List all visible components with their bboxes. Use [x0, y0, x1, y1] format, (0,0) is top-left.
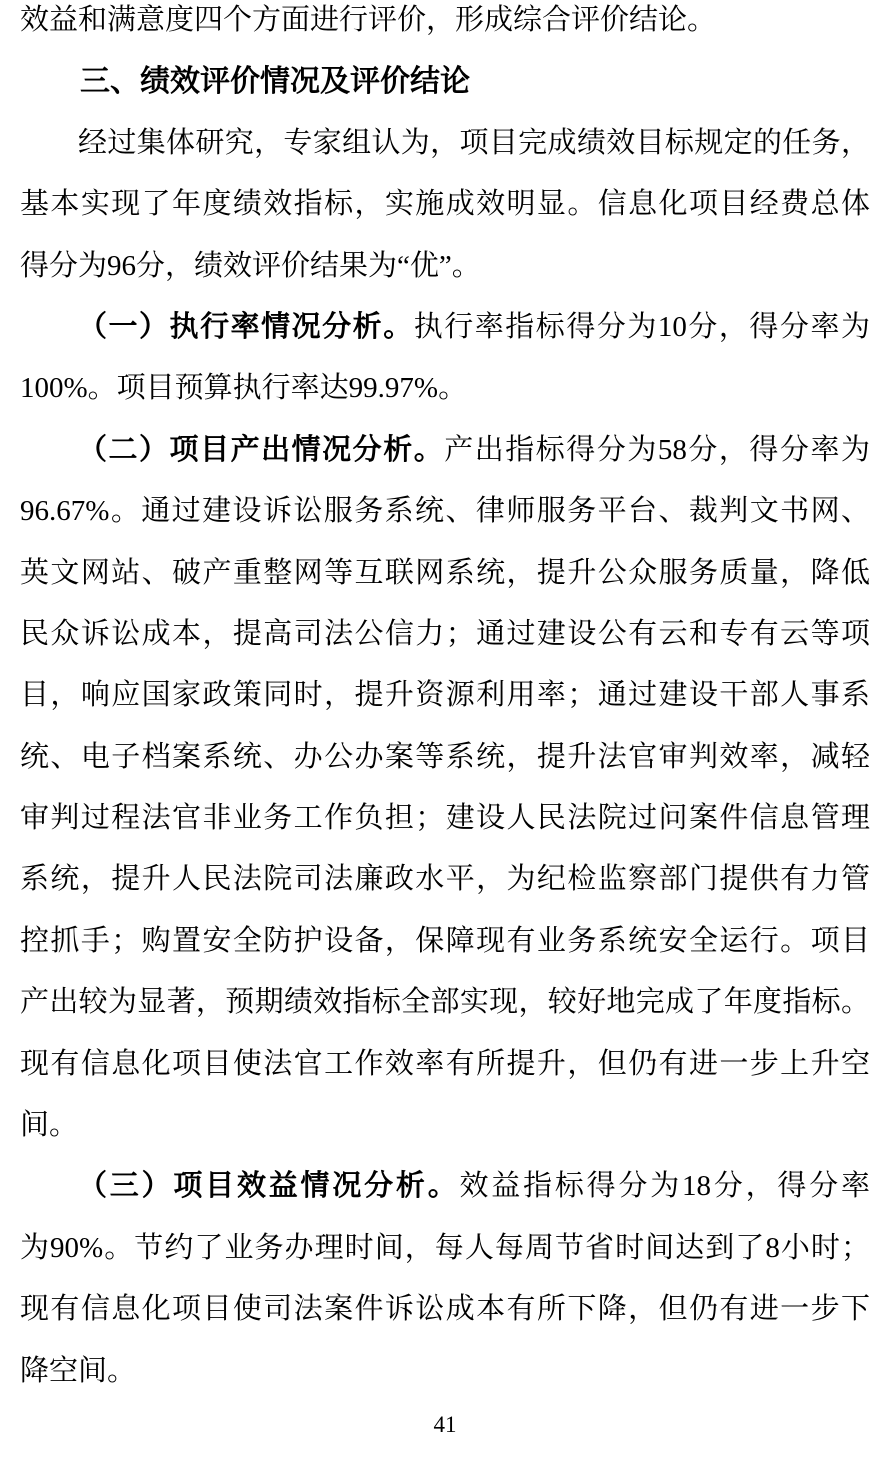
subsection-2-line-7: 审判过程法官非业务工作负担；建设人民法院过问案件信息管理 — [20, 788, 870, 849]
subsection-2-line-6: 统、电子档案系统、办公办案等系统，提升法官审判效率，减轻 — [20, 727, 870, 788]
document-page: 效益和满意度四个方面进行评价，形成综合评价结论。 三、绩效评价情况及评价结论 经… — [0, 0, 890, 1464]
subsection-3-line-2: 为90%。节约了业务办理时间，每人每周节省时间达到了8小时； — [20, 1218, 870, 1279]
subsection-3-title: （三）项目效益情况分析。 — [78, 1170, 460, 1202]
subsection-2-line-5: 目，响应国家政策同时，提升资源利用率；通过建设干部人事系 — [20, 665, 870, 726]
subsection-2-line-2: 96.67%。通过建设诉讼服务系统、律师服务平台、裁判文书网、 — [20, 481, 870, 542]
summary-line-2: 基本实现了年度绩效指标，实施成效明显。信息化项目经费总体 — [20, 174, 870, 235]
subsection-1-title: （一）执行率情况分析。 — [78, 311, 414, 343]
text-block: 效益和满意度四个方面进行评价，形成综合评价结论。 三、绩效评价情况及评价结论 经… — [20, 0, 870, 1402]
section-heading: 三、绩效评价情况及评价结论 — [20, 51, 870, 112]
summary-line-3: 得分为96分，绩效评价结果为“优”。 — [20, 236, 870, 297]
subsection-1-line-2: 100%。项目预算执行率达99.97%。 — [20, 358, 870, 419]
subsection-2-title: （二）项目产出情况分析。 — [78, 434, 444, 466]
summary-line-1: 经过集体研究，专家组认为，项目完成绩效目标规定的任务， — [20, 113, 870, 174]
subsection-1-first-line: （一）执行率情况分析。执行率指标得分为10分，得分率为 — [20, 297, 870, 358]
subsection-2-line-3: 英文网站、破产重整网等互联网系统，提升公众服务质量，降低 — [20, 543, 870, 604]
subsection-2-text: 产出指标得分为58分，得分率为 — [444, 434, 870, 466]
intro-continuation-line: 效益和满意度四个方面进行评价，形成综合评价结论。 — [20, 0, 870, 51]
subsection-2-line-11: 现有信息化项目使法官工作效率有所提升，但仍有进一步上升空 — [20, 1034, 870, 1095]
subsection-1-text: 执行率指标得分为10分，得分率为 — [414, 311, 870, 343]
subsection-2-line-4: 民众诉讼成本，提高司法公信力；通过建设公有云和专有云等项 — [20, 604, 870, 665]
subsection-2-first-line: （二）项目产出情况分析。产出指标得分为58分，得分率为 — [20, 420, 870, 481]
subsection-2-line-12: 间。 — [20, 1095, 870, 1156]
subsection-3-text: 效益指标得分为18分，得分率 — [460, 1170, 871, 1202]
page-number: 41 — [0, 1410, 890, 1440]
subsection-3-first-line: （三）项目效益情况分析。效益指标得分为18分，得分率 — [20, 1156, 870, 1217]
subsection-2-line-8: 系统，提升人民法院司法廉政水平，为纪检监察部门提供有力管 — [20, 849, 870, 910]
subsection-2-line-9: 控抓手；购置安全防护设备，保障现有业务系统安全运行。项目 — [20, 911, 870, 972]
subsection-2-line-10: 产出较为显著，预期绩效指标全部实现，较好地完成了年度指标。 — [20, 972, 870, 1033]
subsection-3-line-4: 降空间。 — [20, 1341, 870, 1402]
subsection-3-line-3: 现有信息化项目使司法案件诉讼成本有所下降，但仍有进一步下 — [20, 1279, 870, 1340]
